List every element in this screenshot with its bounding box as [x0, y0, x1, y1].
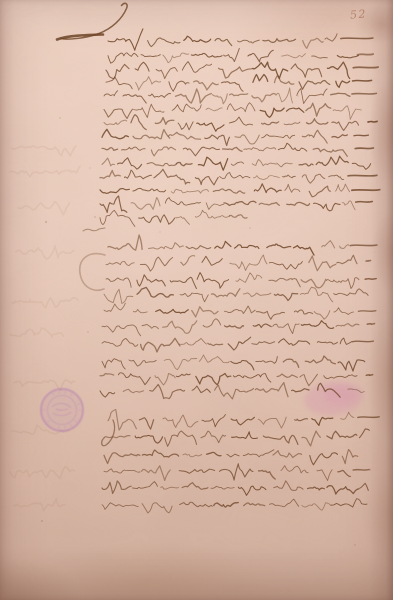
text-line — [102, 481, 368, 496]
initial-letter-flourish — [102, 420, 115, 446]
paper-speck — [160, 232, 161, 233]
paper-speck — [30, 300, 31, 301]
folio-number: 52 — [349, 7, 367, 21]
line-filler-dash — [367, 324, 374, 325]
text-line — [100, 196, 372, 213]
text-line — [108, 48, 373, 63]
text-line — [108, 29, 373, 50]
line-filler-dash — [355, 148, 373, 149]
text-line — [102, 156, 371, 170]
line-filler-dash — [368, 121, 377, 122]
line-filler-dash — [356, 202, 373, 203]
text-line — [106, 255, 371, 271]
paragraph-2 — [80, 235, 377, 399]
text-line — [102, 129, 368, 145]
text-line — [102, 143, 373, 156]
text-line — [104, 303, 376, 319]
line-filler-dash — [353, 470, 369, 471]
paper-speck — [298, 96, 299, 97]
text-line — [104, 464, 369, 481]
paper-speck — [354, 544, 355, 545]
line-filler-dash — [348, 175, 377, 176]
line-filler-dash — [366, 261, 371, 262]
paragraph-1 — [57, 3, 380, 226]
pink-ink-blotch — [302, 377, 366, 418]
paper-speck — [249, 227, 250, 228]
handwriting-ink-layer — [0, 0, 393, 600]
text-line — [102, 499, 367, 513]
initial-letter-flourish — [80, 254, 105, 291]
text-line — [106, 75, 372, 92]
bleed-through-marks — [10, 146, 80, 511]
text-line — [104, 287, 368, 303]
line-filler-dash — [352, 93, 377, 94]
line-filler-dash — [352, 341, 373, 342]
paper-speck — [90, 168, 91, 169]
text-line — [100, 169, 377, 185]
line-filler-dash — [354, 135, 368, 136]
text-line — [106, 273, 376, 289]
line-filler-dash — [350, 245, 377, 246]
paper-speck — [59, 117, 60, 118]
text-line — [106, 429, 369, 446]
line-filler-dash — [358, 54, 374, 55]
text-line — [100, 184, 380, 197]
line-filler-dash — [358, 417, 379, 418]
text-line — [102, 319, 375, 336]
line-filler-dash — [353, 67, 378, 68]
paper-speck — [94, 216, 95, 217]
text-line — [106, 62, 378, 79]
text-line — [104, 88, 376, 104]
line-filler-dash — [366, 375, 373, 376]
text-line — [102, 337, 373, 352]
paper-speck — [87, 331, 88, 332]
paper-speck — [41, 520, 43, 522]
line-filler-dash — [353, 80, 372, 81]
line-filler-dash — [365, 279, 376, 280]
marginal-mark — [83, 228, 105, 231]
text-line — [100, 210, 247, 226]
round-archive-stamp — [41, 389, 83, 431]
line-filler-dash — [341, 38, 373, 39]
line-filler-dash — [352, 190, 380, 191]
paper-speck — [45, 221, 47, 223]
paper-speck — [369, 469, 370, 470]
paragraph-3 — [102, 410, 379, 513]
text-line — [104, 450, 358, 465]
text-line — [104, 115, 377, 132]
text-line — [108, 235, 377, 255]
line-filler-dash — [359, 311, 376, 312]
text-line — [104, 103, 361, 120]
text-line — [102, 355, 365, 371]
manuscript-page: 52 — [0, 0, 393, 600]
